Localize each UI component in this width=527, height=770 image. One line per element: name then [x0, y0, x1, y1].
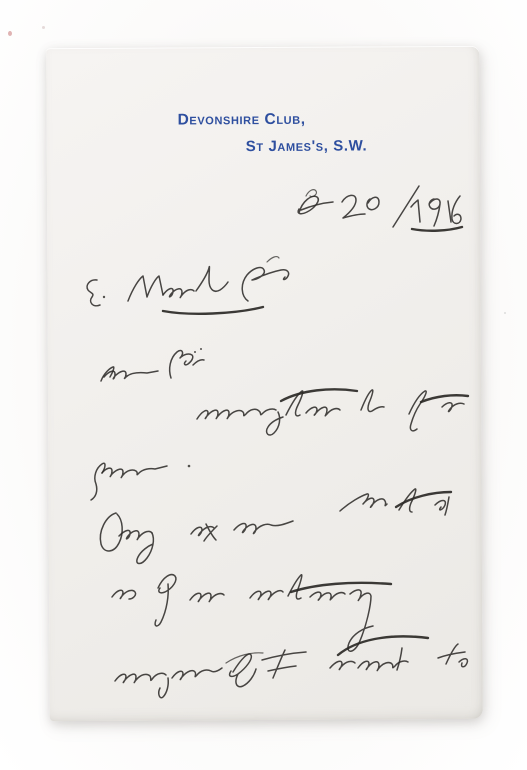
letterhead-line1: Devonshire Club,: [178, 111, 306, 130]
letterhead: Devonshire Club, St James's, S.W.: [46, 46, 479, 48]
dust-speck: [8, 31, 12, 36]
photo-background: Devonshire Club, St James's, S.W.: [0, 0, 527, 770]
dust-speck: [42, 26, 45, 29]
letter-paper: Devonshire Club, St James's, S.W.: [46, 46, 483, 721]
letterhead-line2: St James's, S.W.: [246, 137, 368, 155]
dust-speck: [504, 312, 506, 314]
